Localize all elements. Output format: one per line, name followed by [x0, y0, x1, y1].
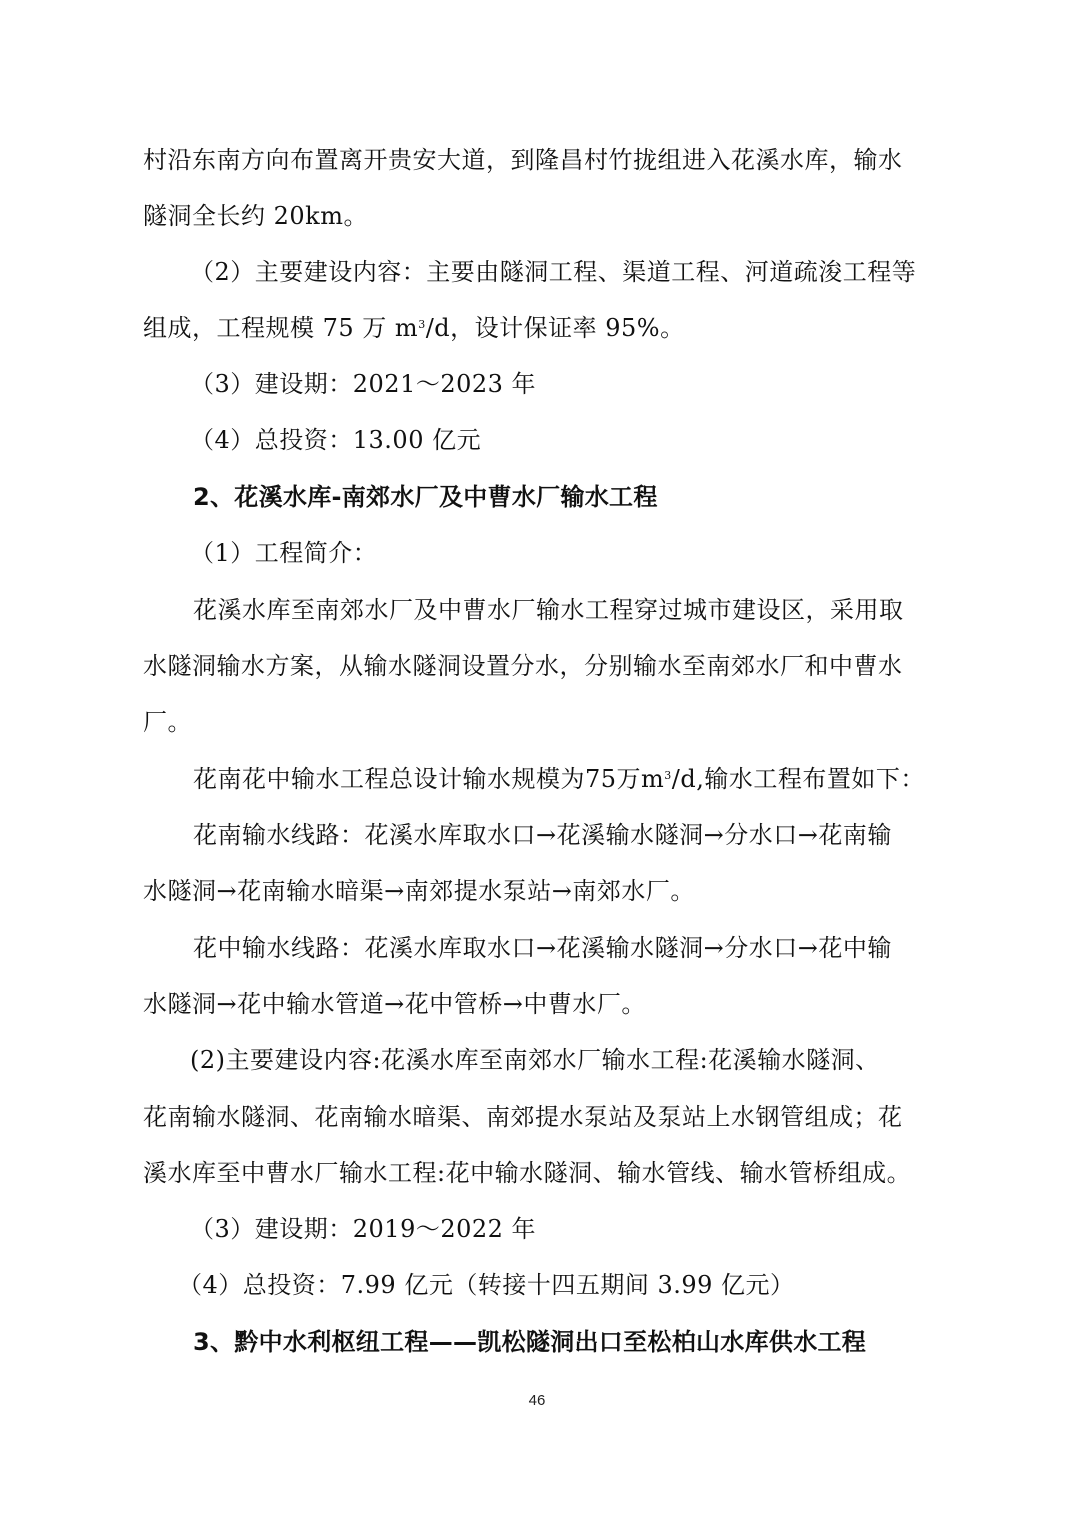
- paragraph-line: （2）主要建设内容：主要由隧洞工程、渠道工程、河道疏浚工程等: [190, 256, 916, 288]
- text-segment: /d，设计保证率 95%。: [426, 314, 685, 342]
- page-number: 46: [0, 1392, 1074, 1409]
- paragraph-line: 隧洞全长约 20km。: [143, 200, 368, 232]
- paragraph-line: (2)主要建设内容:花溪水库至南郊水厂输水工程:花溪输水隧洞、: [190, 1044, 880, 1076]
- text-segment: 花南花中输水工程总设计输水规模为75万m: [193, 765, 664, 793]
- paragraph-line: 组成，工程规模 75 万 m3/d，设计保证率 95%。: [143, 312, 685, 344]
- superscript: 3: [664, 769, 672, 782]
- paragraph-line: 溪水库至中曹水厂输水工程:花中输水隧洞、输水管线、输水管桥组成。: [143, 1157, 911, 1189]
- paragraph-line: 花南输水隧洞、花南输水暗渠、南郊提水泵站及泵站上水钢管组成；花: [143, 1101, 903, 1133]
- paragraph-line: （4）总投资：7.99 亿元（转接十四五期间 3.99 亿元）: [178, 1269, 795, 1301]
- paragraph-line: （3）建设期：2021～2023 年: [190, 368, 536, 400]
- paragraph-line: （3）建设期：2019～2022 年: [190, 1213, 536, 1245]
- paragraph-line: 花南输水线路：花溪水库取水口→花溪输水隧洞→分水口→花南输: [193, 819, 892, 851]
- paragraph-line: 厂。: [143, 706, 192, 738]
- superscript: 3: [418, 318, 426, 331]
- paragraph-line: 水隧洞→花中输水管道→花中管桥→中曹水厂。: [143, 988, 646, 1020]
- section-heading: 2、花溪水库-南郊水厂及中曹水厂输水工程: [193, 481, 658, 513]
- paragraph-line: 水隧洞→花南输水暗渠→南郊提水泵站→南郊水厂。: [143, 875, 695, 907]
- section-heading: 3、黔中水利枢纽工程——凯松隧洞出口至松柏山水库供水工程: [193, 1326, 866, 1358]
- paragraph-line: 水隧洞输水方案，从输水隧洞设置分水，分别输水至南郊水厂和中曹水: [143, 650, 903, 682]
- paragraph-line: 村沿东南方向布置离开贵安大道，到隆昌村竹拢组进入花溪水库，输水: [143, 144, 903, 176]
- text-segment: 组成，工程规模 75 万 m: [143, 314, 418, 342]
- paragraph-line: （4）总投资：13.00 亿元: [190, 424, 481, 456]
- paragraph-line: 花溪水库至南郊水厂及中曹水厂输水工程穿过城市建设区，采用取: [193, 594, 904, 626]
- paragraph-line: （1）工程简介：: [190, 537, 377, 569]
- document-page: 村沿东南方向布置离开贵安大道，到隆昌村竹拢组进入花溪水库，输水 隧洞全长约 20…: [0, 0, 1074, 1520]
- paragraph-line: 花中输水线路：花溪水库取水口→花溪输水隧洞→分水口→花中输: [193, 932, 892, 964]
- paragraph-line: 花南花中输水工程总设计输水规模为75万m3/d,输水工程布置如下：: [193, 763, 925, 795]
- text-segment: /d,输水工程布置如下：: [672, 765, 925, 793]
